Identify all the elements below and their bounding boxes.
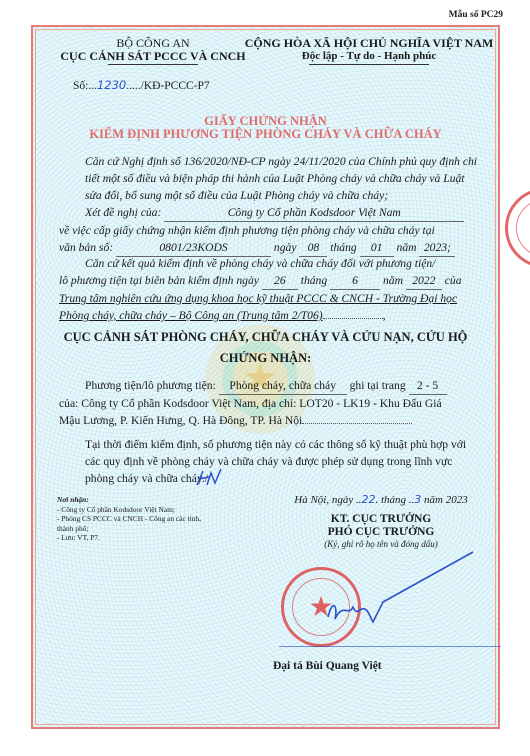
issuer-header: BỘ CÔNG AN CỤC CẢNH SÁT PCCC VÀ CNCH: [53, 37, 253, 65]
equipment-type: Phòng cháy, chữa cháy: [219, 377, 347, 395]
authority-heading: CỤC CẢNH SÁT PHÒNG CHÁY, CHỮA CHÁY VÀ CỨ…: [33, 330, 498, 345]
issue-date: Hà Nội, ngày ..22. tháng ..3 năm 2023: [261, 493, 501, 506]
country-name: CỘNG HÒA XÃ HỘI CHỦ NGHĨA VIỆT NAM: [238, 37, 500, 50]
certificate-subtitle: KIỂM ĐỊNH PHƯƠNG TIỆN PHÒNG CHÁY VÀ CHỮA…: [33, 127, 498, 142]
inspection-center: Trung tâm nghiên cứu ứng dụng khoa học k…: [59, 292, 457, 322]
form-code: Mẫu số PC29: [449, 10, 503, 20]
signer-name: Đại tá Bùi Quang Việt: [273, 660, 382, 672]
side-stamp: [505, 188, 530, 268]
legal-basis: Căn cứ Nghị định số 136/2020/NĐ-CP ngày …: [59, 153, 484, 204]
signer-title: KT. CỤC TRƯỞNG: [261, 513, 501, 526]
equipment-section: Phương tiện/lô phương tiện: Phòng cháy, …: [59, 377, 484, 429]
certifies-heading: CHỨNG NHẬN:: [33, 351, 498, 366]
national-motto: Độc lập - Tự do - Hạnh phúc: [238, 50, 500, 63]
handwritten-number: 1230: [97, 78, 126, 92]
certificate-frame: ★ BỘ CÔNG AN CỤC CẢNH SÁT PCCC VÀ CNCH C…: [31, 25, 500, 729]
national-header: CỘNG HÒA XÃ HỘI CHỦ NGHĨA VIỆT NAM Độc l…: [238, 37, 500, 65]
owner-address: Mậu Lương, P. Kiến Hưng, Q. Hà Đông, TP.…: [59, 414, 302, 427]
equipment-owner: Công ty Cổ phần Kodsdoor Việt Nam, địa c…: [81, 397, 441, 410]
inspection-day: 26: [262, 272, 298, 290]
divider: [309, 64, 429, 65]
signature-block: Hà Nội, ngày ..22. tháng ..3 năm 2023 KT…: [261, 493, 501, 549]
inspection-month: 6: [330, 272, 380, 290]
document-number: Số:...1230...../KĐ-PCCC-P7: [73, 78, 210, 92]
department-name: CỤC CẢNH SÁT PCCC VÀ CNCH: [53, 50, 253, 63]
request-section: Xét đề nghị của: Công ty Cổ phần Kodsdoo…: [59, 204, 484, 257]
inspection-year: 2022: [406, 272, 442, 290]
signer-subtitle: PHÓ CỤC TRƯỞNG: [261, 526, 501, 539]
divider: [108, 64, 198, 65]
inspection-section: Căn cứ kết quả kiểm định về phòng cháy v…: [59, 255, 484, 324]
requesting-company: Công ty Cổ phần Kodsdoor Việt Nam: [164, 204, 464, 222]
initials-mark: [193, 467, 223, 489]
signature: [273, 547, 503, 647]
recipients-list: Nơi nhận: - Công ty Cổ phần Kodsdoor Việ…: [57, 495, 207, 543]
conclusion: Tại thời điểm kiểm định, số phương tiện …: [59, 436, 484, 487]
equipment-pages: 2 - 5: [409, 377, 447, 395]
